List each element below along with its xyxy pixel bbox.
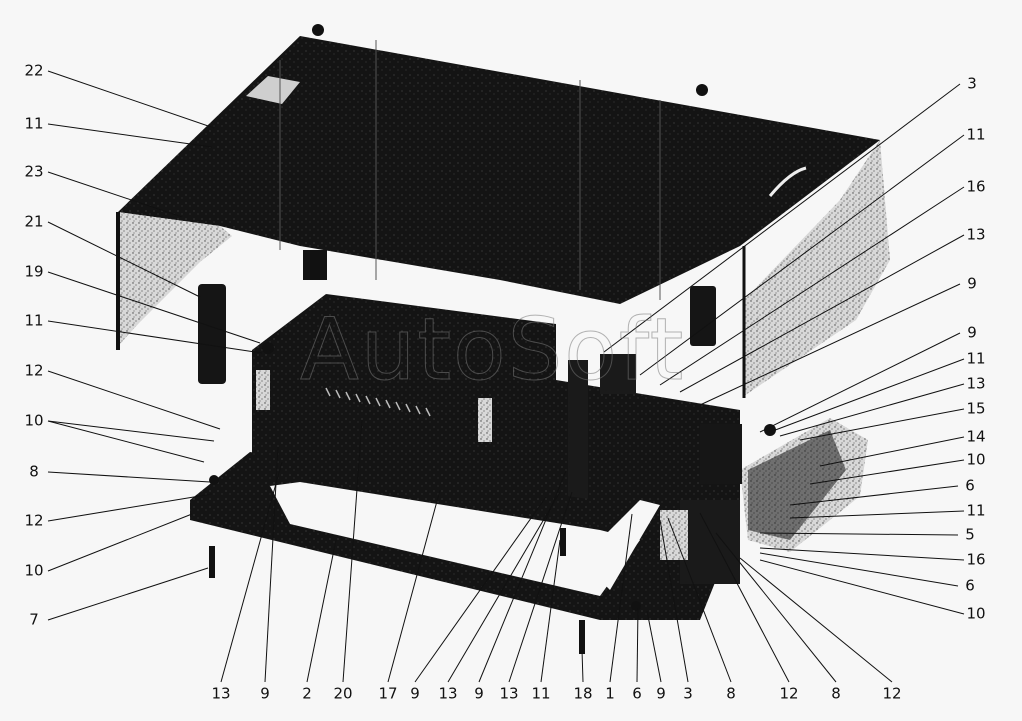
- callout-left-11: 11: [24, 314, 43, 329]
- callout-right-11: 11: [966, 352, 985, 367]
- callout-right-3: 3: [967, 77, 977, 92]
- callout-left-10: 10: [24, 564, 43, 579]
- callout-left-10: 10: [24, 414, 43, 429]
- callout-bottom-3: 3: [683, 687, 693, 702]
- callout-left-12: 12: [24, 514, 43, 529]
- callout-bottom-1: 1: [605, 687, 615, 702]
- callout-bottom-13: 13: [499, 687, 518, 702]
- callout-bottom-20: 20: [333, 687, 352, 702]
- callout-left-12: 12: [24, 364, 43, 379]
- callout-bottom-13: 13: [211, 687, 230, 702]
- callout-right-6: 6: [965, 479, 975, 494]
- callout-bottom-13: 13: [438, 687, 457, 702]
- callout-right-11: 11: [966, 128, 985, 143]
- callout-bottom-9: 9: [260, 687, 270, 702]
- callout-right-10: 10: [966, 453, 985, 468]
- callout-right-9: 9: [967, 326, 977, 341]
- callout-bottom-17: 17: [378, 687, 397, 702]
- callout-bottom-12: 12: [882, 687, 901, 702]
- callout-left-11: 11: [24, 117, 43, 132]
- callout-right-15: 15: [966, 402, 985, 417]
- callout-left-22: 22: [24, 64, 43, 79]
- callout-bottom-2: 2: [302, 687, 312, 702]
- callout-right-10: 10: [966, 607, 985, 622]
- callout-right-13: 13: [966, 228, 985, 243]
- callout-left-19: 19: [24, 265, 43, 280]
- callout-right-11: 11: [966, 504, 985, 519]
- callout-left-21: 21: [24, 215, 43, 230]
- callout-bottom-8: 8: [726, 687, 736, 702]
- parts-diagram: AutoSoft 2211232119111210812107311161399…: [0, 0, 1022, 721]
- callout-bottom-11: 11: [531, 687, 550, 702]
- callout-left-7: 7: [29, 613, 39, 628]
- callout-left-8: 8: [29, 465, 39, 480]
- callout-right-5: 5: [965, 528, 975, 543]
- callout-bottom-9: 9: [656, 687, 666, 702]
- callout-bottom-9: 9: [474, 687, 484, 702]
- callout-bottom-12: 12: [779, 687, 798, 702]
- callout-right-16: 16: [966, 553, 985, 568]
- callout-right-14: 14: [966, 430, 985, 445]
- callout-left-23: 23: [24, 165, 43, 180]
- callout-right-6: 6: [965, 579, 975, 594]
- callout-bottom-9: 9: [410, 687, 420, 702]
- callout-bottom-8: 8: [831, 687, 841, 702]
- callout-right-16: 16: [966, 180, 985, 195]
- watermark: AutoSoft: [300, 300, 685, 400]
- callout-right-9: 9: [967, 277, 977, 292]
- callout-bottom-6: 6: [632, 687, 642, 702]
- callout-right-13: 13: [966, 377, 985, 392]
- callout-bottom-18: 18: [573, 687, 592, 702]
